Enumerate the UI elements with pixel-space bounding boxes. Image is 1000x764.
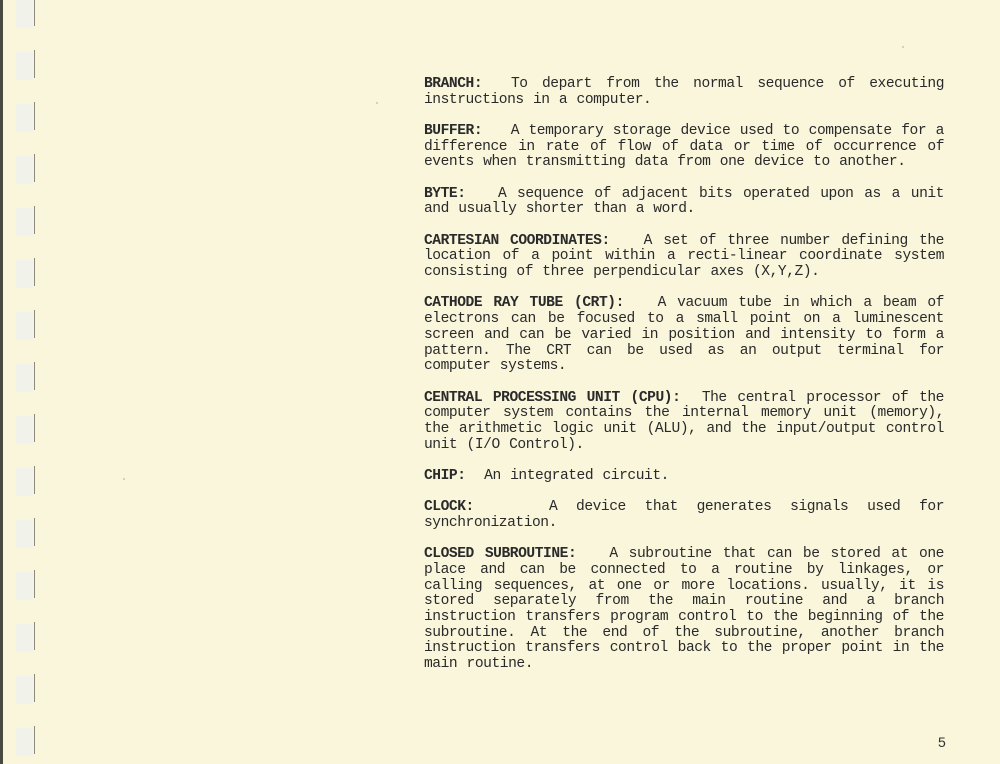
binder-slot-edge xyxy=(34,102,35,130)
binder-slot-edge xyxy=(34,466,35,494)
entry-definition: To depart from the normal sequence of ex… xyxy=(424,76,944,108)
binder-slot-edge xyxy=(34,518,35,546)
binder-slot-edge xyxy=(34,154,35,182)
entry-term: CENTRAL PROCESSING UNIT (CPU): xyxy=(424,390,680,406)
glossary-entry-closed-subroutine: CLOSED SUBROUTINE: A subroutine that can… xyxy=(424,547,944,673)
binder-slot xyxy=(16,52,33,80)
glossary-entry-cpu: CENTRAL PROCESSING UNIT (CPU): The centr… xyxy=(424,391,944,454)
binder-slot xyxy=(16,468,33,496)
entry-term: CARTESIAN COORDINATES: xyxy=(424,233,610,249)
binder-slot-edge xyxy=(34,414,35,442)
glossary-entry-buffer: BUFFER: A temporary storage device used … xyxy=(424,124,944,171)
entry-term: BYTE: xyxy=(424,186,466,202)
binder-slot-edge xyxy=(34,622,35,650)
binder-slot xyxy=(16,0,33,28)
binder-slot-edge xyxy=(34,50,35,78)
paper-speck xyxy=(123,478,125,480)
binder-slot xyxy=(16,312,33,340)
binder-slot-edge xyxy=(34,310,35,338)
entry-term: BUFFER: xyxy=(424,123,482,139)
paper-speck xyxy=(376,102,378,104)
glossary-entry-crt: CATHODE RAY TUBE (CRT): A vacuum tube in… xyxy=(424,296,944,375)
entry-term: CLOCK: xyxy=(424,499,474,515)
entry-term: CHIP: xyxy=(424,468,466,484)
binder-slot xyxy=(16,676,33,704)
glossary-entry-byte: BYTE: A sequence of adjacent bits operat… xyxy=(424,187,944,218)
entry-definition: A sequence of adjacent bits operated upo… xyxy=(424,186,944,218)
glossary-entry-branch: BRANCH: To depart from the normal sequen… xyxy=(424,77,944,108)
binder-slot xyxy=(16,728,33,756)
binder-slot xyxy=(16,624,33,652)
binder-slot xyxy=(16,260,33,288)
binder-slot xyxy=(16,364,33,392)
glossary-entry-clock: CLOCK: A device that generates signals u… xyxy=(424,500,944,531)
binder-slot xyxy=(16,520,33,548)
binder-slot-edge xyxy=(34,570,35,598)
binder-slot-edge xyxy=(34,674,35,702)
binder-slot xyxy=(16,156,33,184)
binder-slot-edge xyxy=(34,0,35,26)
binder-slot xyxy=(16,104,33,132)
entry-term: BRANCH: xyxy=(424,76,482,92)
glossary-entry-cartesian-coordinates: CARTESIAN COORDINATES: A set of three nu… xyxy=(424,234,944,281)
paper-speck xyxy=(902,46,904,48)
binder-slot-edge xyxy=(34,258,35,286)
binder-slot-edge xyxy=(34,206,35,234)
binder-slot xyxy=(16,572,33,600)
entry-term: CLOSED SUBROUTINE: xyxy=(424,546,576,562)
binder-slot-edge xyxy=(34,362,35,390)
binder-slot xyxy=(16,416,33,444)
glossary: BRANCH: To depart from the normal sequen… xyxy=(424,77,944,688)
binder-slot xyxy=(16,208,33,236)
page-number: 5 xyxy=(938,734,946,750)
entry-definition: A temporary storage device used to compe… xyxy=(424,123,944,170)
entry-definition: A device that generates signals used for… xyxy=(424,499,944,531)
entry-definition: An integrated circuit. xyxy=(484,468,669,484)
glossary-entry-chip: CHIP: An integrated circuit. xyxy=(424,469,944,485)
binder-slot-edge xyxy=(34,726,35,754)
entry-term: CATHODE RAY TUBE (CRT): xyxy=(424,295,624,311)
binder-holes xyxy=(0,0,60,764)
entry-definition: A subroutine that can be stored at one p… xyxy=(424,546,944,672)
